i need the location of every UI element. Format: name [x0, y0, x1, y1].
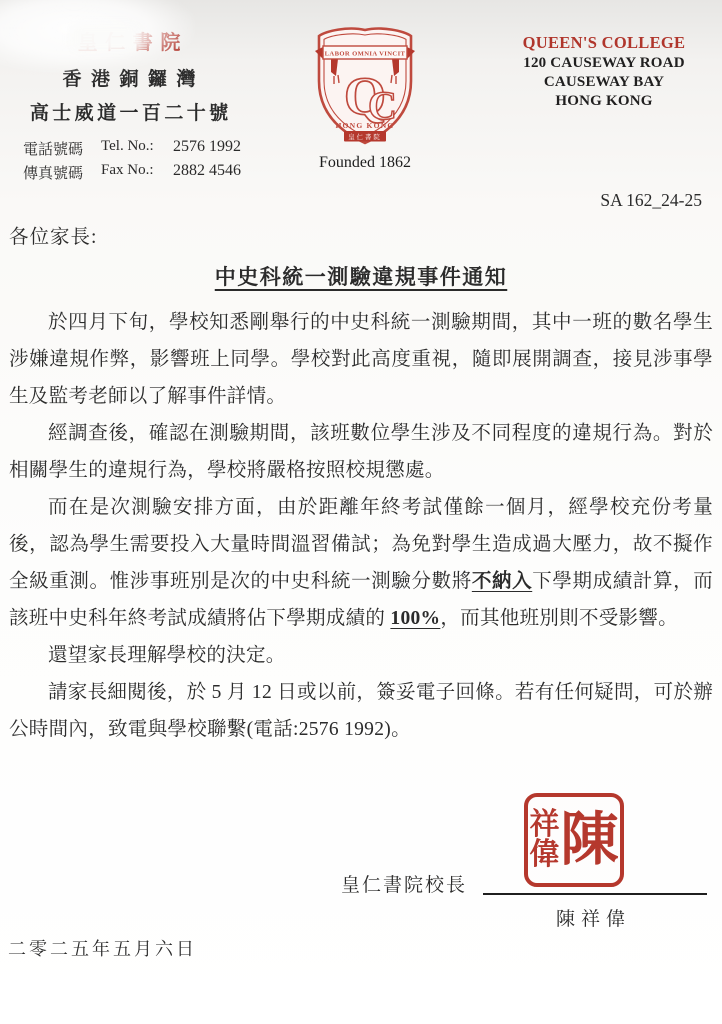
school-name-en: QUEEN'S COLLEGE — [494, 33, 714, 53]
paragraph-5: 請家長細閱後，於 5 月 12 日或以前，簽妥電子回條。若有任何疑問，可於辦公時… — [9, 674, 713, 748]
seal-char-right: 陳 — [561, 811, 619, 869]
school-name-zh: 皇仁書院 — [14, 26, 252, 55]
crest-place: HONG KONG — [335, 121, 394, 130]
crest-banner-zh: 皇仁書院 — [348, 132, 382, 141]
address-zh-line2: 高士威道一百二十號 — [9, 98, 252, 125]
document-date: 二零二五年五月六日 — [8, 935, 197, 961]
signer-name: 陳祥偉 — [556, 904, 631, 931]
paragraph-3-emphasis-1: 不納入 — [472, 571, 532, 592]
address-en-line2: CAUSEWAY BAY — [494, 74, 714, 91]
document-title: 中史科統一測驗違規事件通知 — [9, 259, 713, 296]
paragraph-4: 還望家長理解學校的決定。 — [9, 637, 713, 674]
address-en-line3: HONG KONG — [494, 93, 714, 110]
fax-row: 傳真號碼 Fax No.: 2882 4546 — [23, 162, 252, 183]
tel-label-en: Tel. No.: — [101, 138, 173, 159]
salutation: 各位家長: — [9, 219, 713, 256]
address-en-line1: 120 CAUSEWAY ROAD — [494, 55, 714, 72]
signer-title: 皇仁書院校長 — [341, 870, 467, 897]
signature-line — [483, 893, 707, 895]
letter-body: 各位家長: 中史科統一測驗違規事件通知 於四月下旬，學校知悉剛舉行的中史科統一測… — [9, 219, 713, 748]
fax-label-zh: 傳真號碼 — [23, 162, 101, 183]
contact-block: 電話號碼 Tel. No.: 2576 1992 傳真號碼 Fax No.: 2… — [6, 138, 252, 183]
tel-value: 2576 1992 — [173, 138, 252, 159]
seal-char-bottom-left: 偉 — [530, 840, 560, 870]
fax-value: 2882 4546 — [173, 162, 252, 183]
tel-label-zh: 電話號碼 — [23, 138, 101, 159]
header-right-block: QUEEN'S COLLEGE 120 CAUSEWAY ROAD CAUSEW… — [494, 33, 714, 110]
seal-char-top-left: 祥 — [530, 810, 560, 840]
tel-row: 電話號碼 Tel. No.: 2576 1992 — [23, 138, 252, 159]
crest-motto: LABOR OMNIA VINCIT — [325, 51, 406, 58]
seal-left-column: 祥 偉 — [530, 810, 560, 870]
paragraph-2: 經調查後，確認在測驗期間，該班數位學生涉及不同程度的違規行為。對於相關學生的違規… — [9, 415, 713, 489]
fax-label-en: Fax No.: — [101, 162, 173, 183]
header-left-block: 皇仁書院 香港銅鑼灣 高士威道一百二十號 電話號碼 Tel. No.: 2576… — [6, 26, 252, 183]
reference-number: SA 162_24-25 — [600, 190, 702, 211]
letter-page: 皇仁書院 香港銅鑼灣 高士威道一百二十號 電話號碼 Tel. No.: 2576… — [0, 0, 722, 1024]
paragraph-1: 於四月下旬，學校知悉剛舉行的中史科統一測驗期間，其中一班的數名學生涉嫌違規作弊，… — [9, 304, 713, 415]
founded-text: Founded 1862 — [298, 154, 432, 172]
paragraph-3: 而在是次測驗安排方面，由於距離年終考試僅餘一個月，經學校充份考量後，認為學生需要… — [9, 489, 713, 637]
school-crest-icon: LABOR OMNIA VINCIT Q C HONG KONG 皇仁書院 — [309, 26, 421, 146]
paragraph-3-emphasis-2: 100% — [390, 608, 440, 629]
address-zh-line1: 香港銅鑼灣 — [16, 64, 253, 91]
principal-seal: 祥 偉 陳 — [524, 793, 624, 887]
paragraph-3-part3: ，而其他班別則不受影響。 — [440, 608, 678, 629]
crest-block: LABOR OMNIA VINCIT Q C HONG KONG 皇仁書院 Fo… — [298, 26, 432, 172]
